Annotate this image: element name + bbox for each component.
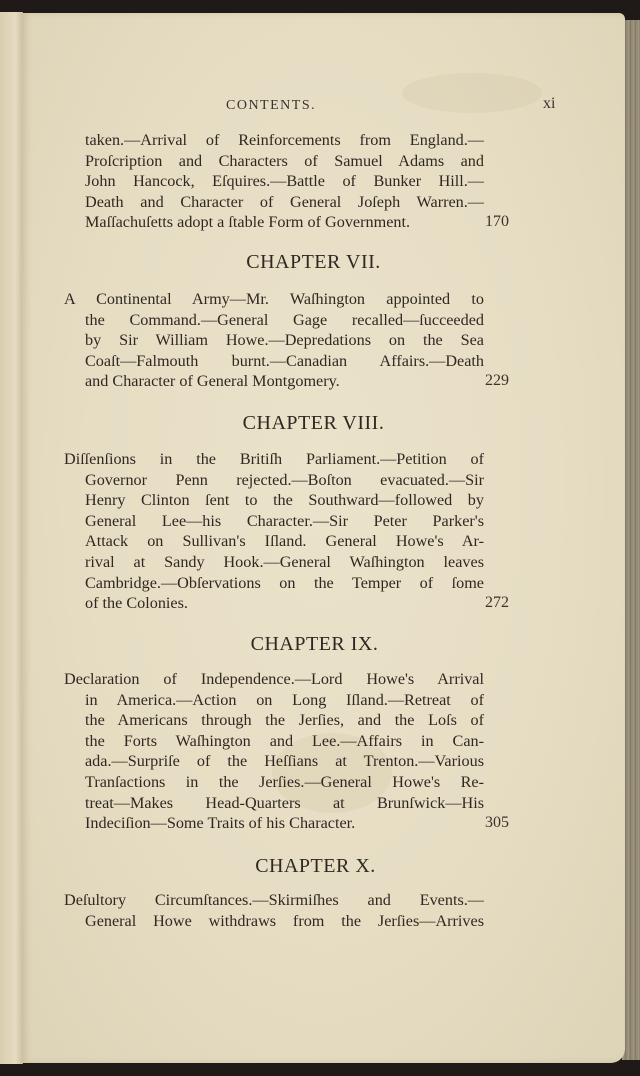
entry-line: treat—Makes Head-Quarters at Brunſwick—H… [64,793,484,814]
page-reference: 305 [485,813,509,834]
page-reference: 229 [485,371,509,392]
entry-line: in America.—Action on Long Iſland.—Retre… [64,690,484,711]
entry-line: Cambridge.—Obſervations on the Temper of… [64,573,484,594]
toc-entry-chapter-8: Diſſenſions in the Britiſh Parliament.—P… [64,449,484,614]
entry-line: by Sir William Howe.—Depredations on the… [64,330,484,351]
entry-line: Governor Penn rejected.—Boſton evacuated… [64,470,484,491]
chapter-heading: CHAPTER VII. [12,251,615,274]
page-reference: 272 [485,593,509,614]
entry-line: the Americans through the Jerſies, and t… [64,710,484,731]
entry-line: General Lee—his Character.—Sir Peter Par… [64,511,484,532]
entry-line: the Command.—General Gage recalled—ſucce… [64,310,484,331]
entry-line: Deſultory Circumſtances.—Skirmiſhes and … [64,890,484,911]
entry-line: Maſſachuſetts adopt a ſtable Form of Gov… [64,212,484,233]
entry-line: A Continental Army—Mr. Waſhington appoin… [64,289,484,310]
book-page: CONTENTS. xi taken.—Arrival of Reinforce… [22,13,625,1063]
entry-line: the Forts Waſhington and Lee.—Affairs in… [64,731,484,752]
entry-line: Diſſenſions in the Britiſh Parliament.—P… [64,449,484,470]
entry-line: Declaration of Independence.—Lord Howe's… [64,669,484,690]
entry-line: General Howe withdraws from the Jerſies—… [64,911,484,932]
page-reference: 170 [485,212,509,233]
entry-line: Tranſactions in the Jerſies.—General How… [64,772,484,793]
entry-line: and Character of General Montgomery. [64,371,484,392]
entry-line: rival at Sandy Hook.—General Waſhington … [64,552,484,573]
chapter-heading: CHAPTER IX. [13,633,616,656]
toc-entry-chapter-9: Declaration of Independence.—Lord Howe's… [64,669,484,834]
toc-entry-continuation: taken.—Arrival of Reinforcements from En… [64,130,484,233]
page-number: xi [543,95,555,113]
entry-line: Proſcription and Characters of Samuel Ad… [64,151,484,172]
entry-line: Attack on Sullivan's Iſland. General How… [64,531,484,552]
entry-line: of the Colonies. [64,593,484,614]
entry-line: John Hancock, Eſquires.—Battle of Bunker… [64,171,484,192]
entry-line: Henry Clinton ſent to the Southward—foll… [64,490,484,511]
chapter-heading: CHAPTER VIII. [12,412,615,435]
running-head: CONTENTS. xi [22,98,625,118]
toc-entry-chapter-7: A Continental Army—Mr. Waſhington appoin… [64,289,484,392]
running-title: CONTENTS. [226,98,316,114]
entry-line: Death and Character of General Joſeph Wa… [64,192,484,213]
entry-line: taken.—Arrival of Reinforcements from En… [64,130,484,151]
toc-entry-chapter-10: Deſultory Circumſtances.—Skirmiſhes and … [64,890,484,931]
facing-page-edge [0,12,23,1064]
entry-line: ada.—Surpriſe of the Heſſians at Trenton… [64,751,484,772]
chapter-heading: CHAPTER X. [14,855,617,878]
entry-line: Indeciſion—Some Traits of his Character. [64,813,484,834]
entry-line: Coaſt—Falmouth burnt.—Canadian Affairs.—… [64,351,484,372]
